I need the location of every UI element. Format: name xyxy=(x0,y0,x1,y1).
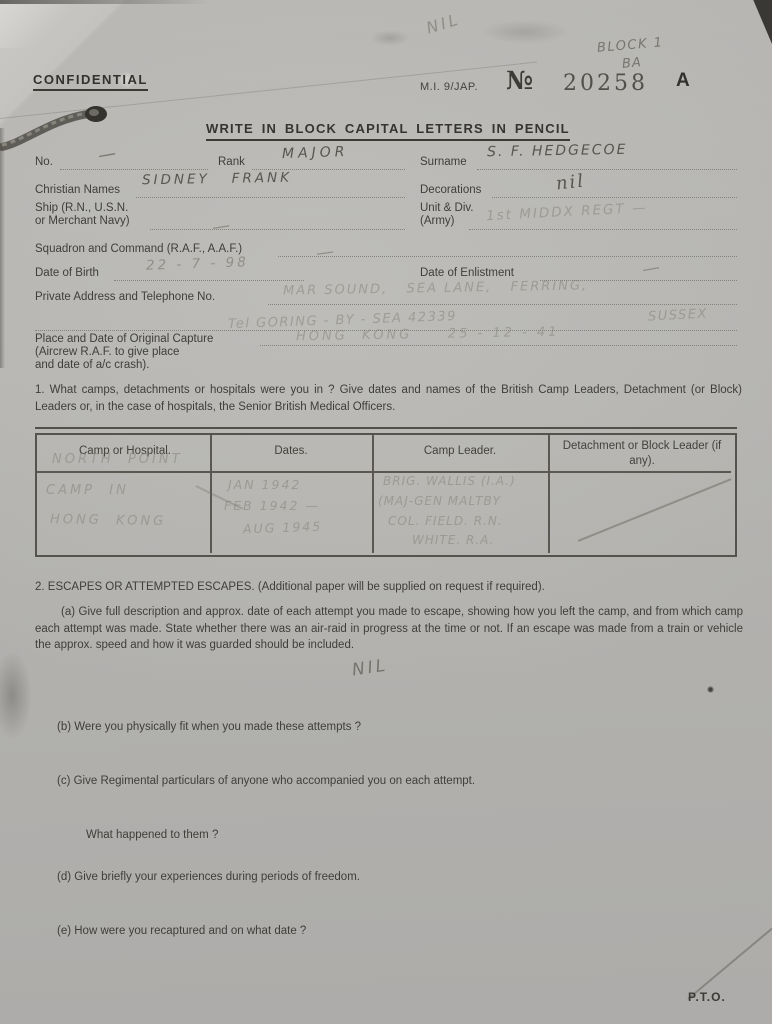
question-2c-text: (c) Give Regimental particulars of anyon… xyxy=(57,774,717,790)
handwritten-block-note-line2: BA xyxy=(621,55,642,72)
field-line xyxy=(469,228,737,230)
form-title: WRITE IN BLOCK CAPITAL LETTERS IN PENCIL xyxy=(206,121,570,141)
handwritten-leader-line1: BRIG. WALLIS (I.A.) xyxy=(383,474,516,488)
field-line xyxy=(136,196,405,198)
field-label-private-address: Private Address and Telephone No. xyxy=(35,290,215,306)
left-edge-patch xyxy=(0,650,32,740)
field-label-ship-line2: or Merchant Navy) xyxy=(35,214,130,230)
field-label-unit-line2: (Army) xyxy=(420,214,455,230)
field-line xyxy=(60,168,208,170)
question-2d-text: (d) Give briefly your experiences during… xyxy=(57,870,717,886)
field-label-surname: Surname xyxy=(420,155,467,171)
field-line xyxy=(492,196,737,198)
table-column-divider xyxy=(548,435,550,553)
handwritten-surname-value: S. F. HEDGECOE xyxy=(487,142,628,160)
question-2a-text: (a) Give full description and approx. da… xyxy=(35,604,743,654)
field-line xyxy=(150,228,405,230)
table-header-block-leader: Detachment or Block Leader (if any). xyxy=(556,439,728,469)
handwritten-enlistment-value: — xyxy=(640,257,661,281)
handwritten-leader-line2: (MAJ-GEN MALTBY xyxy=(378,494,501,508)
table-column-divider xyxy=(372,435,374,553)
field-line xyxy=(114,279,304,281)
left-edge-shadow xyxy=(0,128,5,368)
handwritten-camp-line2: CAMP IN xyxy=(46,483,129,498)
field-label-capture-line3: and date of a/c crash). xyxy=(35,358,149,374)
field-line xyxy=(477,168,737,170)
field-label-christian-names: Christian Names xyxy=(35,183,120,199)
handwritten-camp-line3: HONG KONG xyxy=(50,512,167,529)
handwritten-squadron-value: — xyxy=(315,241,336,264)
handwritten-date-of-birth: 22 - 7 - 98 xyxy=(146,254,249,274)
handwritten-capture-value: HONG KONG 25 - 12 - 41 xyxy=(296,325,560,345)
handwritten-dates-line3: AUG 1945 xyxy=(243,519,323,537)
table-header-camp-leader: Camp Leader. xyxy=(376,444,544,459)
field-line xyxy=(268,303,737,305)
handwritten-camp-line1: NORTH POINT xyxy=(52,452,183,467)
handwritten-christian-names: SIDNEY FRANK xyxy=(142,170,292,189)
field-line xyxy=(260,344,737,346)
handwritten-leader-line4: WHITE. R.A. xyxy=(412,533,494,547)
table-top-rule xyxy=(35,427,737,429)
paper-smudge xyxy=(480,20,570,44)
top-edge-shadow xyxy=(0,0,210,4)
question-2-heading: 2. ESCAPES OR ATTEMPTED ESCAPES. (Additi… xyxy=(35,580,745,596)
handwritten-rank-value: MAJOR xyxy=(282,144,349,162)
paper-smudge xyxy=(370,30,410,46)
handwritten-address-line1: MAR SOUND, SEA LANE, FERRING, xyxy=(283,278,588,298)
serial-number-stamp: 20258 xyxy=(563,71,648,96)
form-reference: M.I. 9/JAP. xyxy=(420,81,478,94)
pto-label: P.T.O. xyxy=(688,990,726,1004)
question-2c2-text: What happened to them ? xyxy=(86,828,486,844)
torn-corner-edge xyxy=(0,0,70,48)
scanned-pow-questionnaire-page: CONFIDENTIAL M.I. 9/JAP. № 20258 A NIL B… xyxy=(0,0,772,1024)
question-2e-text: (e) How were you recaptured and on what … xyxy=(57,924,717,940)
serial-suffix: A xyxy=(676,70,690,92)
table-header-divider xyxy=(37,471,731,473)
handwritten-dates-line1: JAN 1942 xyxy=(228,477,301,492)
field-label-decorations: Decorations xyxy=(420,183,481,199)
handwritten-address-county: SUSSEX xyxy=(648,306,709,324)
handwritten-block-note-line1: BLOCK 1 xyxy=(596,35,664,56)
field-label-rank: Rank xyxy=(218,155,245,171)
question-1-text: 1. What camps, detachments or hospitals … xyxy=(35,382,742,415)
handwritten-leader-line3: COL. FIELD. R.N. xyxy=(388,514,503,528)
numero-symbol: № xyxy=(506,66,533,95)
question-2b-text: (b) Were you physically fit when you mad… xyxy=(57,720,717,736)
field-label-date-of-birth: Date of Birth xyxy=(35,266,99,282)
handwritten-no-value: — xyxy=(96,143,117,167)
field-line xyxy=(278,255,737,257)
classification-stamp: CONFIDENTIAL xyxy=(33,72,148,91)
handwritten-nil-scribble: NIL xyxy=(424,9,463,37)
handwritten-ship-value: — xyxy=(210,215,231,239)
handwritten-decorations-value: nil xyxy=(555,171,586,195)
top-right-dark-corner xyxy=(750,0,772,44)
table-header-dates: Dates. xyxy=(214,444,368,459)
handwritten-unit-value: 1st MIDDX REGT — xyxy=(486,200,648,224)
ink-dot xyxy=(707,686,714,693)
handwritten-nil-answer: NIL xyxy=(351,656,390,681)
field-label-no: No. xyxy=(35,155,53,171)
